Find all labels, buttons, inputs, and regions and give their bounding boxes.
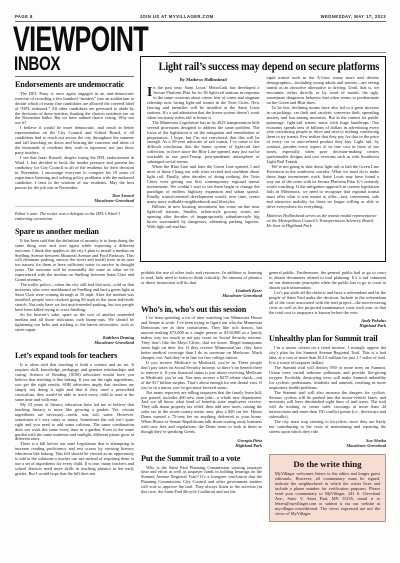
write-box-title: Do the write thing: [275, 459, 380, 469]
inbox-rule: [15, 76, 134, 77]
letter-summit-vote-title: Put the Summit trail to a vote: [141, 454, 262, 463]
letter-paragraph: I believe it would be more democratic, a…: [15, 126, 134, 156]
letter-paragraph: The city must stop catering to bicyclist…: [269, 420, 386, 435]
divider: [15, 206, 134, 207]
issue-date: WEDNESDAY, MAY 17, 2023: [321, 14, 386, 19]
feature-paragraph: Billions in new housing investment has c…: [147, 205, 260, 230]
feature-paragraph: We’re not going to shut down light rail …: [267, 165, 380, 210]
middle-column: prohibit the use of other tools and reso…: [141, 271, 262, 495]
inbox-heading: INBOX: [14, 55, 60, 74]
signature-block: Kathleen Deming Macalester-Groveland: [15, 335, 134, 345]
letter-paragraph: Not many reporters are telling taxpayers…: [141, 391, 262, 436]
letter-paragraph: If you receive Medicare or Medicaid, you…: [141, 361, 262, 391]
feature-paragraph: To be fair, declining norms have also le…: [267, 106, 380, 165]
feature-column-1: By Mathews Hollinshead In the past year,…: [147, 76, 260, 230]
letter-paragraph: general public. Furthermore, the general…: [269, 271, 386, 291]
editors-note: Editor’s note: The writer was a delegate…: [15, 211, 134, 221]
viewpoint-masthead: VIEWPOINT: [13, 22, 148, 57]
signature-block: Andy Pakalns Highland Park: [269, 318, 386, 328]
signature-neighborhood: Macalester-Groveland: [15, 198, 134, 203]
site-url: JOIN US AT MYVILLAGER.COM: [140, 14, 214, 19]
folio-bar: PAGE 8 JOIN US AT MYVILLAGER.COM WEDNESD…: [15, 14, 386, 19]
feature-columns: By Mathews Hollinshead In the past year,…: [147, 76, 379, 230]
signature-neighborhood: Macalester-Groveland: [269, 443, 386, 448]
letter-paragraph: It is often said that teaching is both a…: [15, 363, 134, 403]
letter-paragraph: The Summit trail will destroy 950 or mor…: [269, 366, 386, 391]
letter-paragraph: I’m a senior citizen on a fixed income. …: [269, 346, 386, 366]
letter-paragraph: prohibit the use of other tools and reso…: [141, 271, 262, 286]
letter-paragraph: So for heaven’s sake, spare us the cost …: [15, 313, 134, 333]
signature-block: Lisabeth Kyser Macalester-Groveland: [141, 288, 262, 298]
letter-median-title: Spare us another median: [15, 227, 134, 236]
right-column: general public. Furthermore, the general…: [269, 271, 386, 522]
letter-paragraph: My 23 years of literacy education have l…: [15, 403, 134, 443]
letter-paragraph: Why is the Saint Paul Planning Commissio…: [141, 466, 262, 496]
letter-paragraph: I see that Isaac Russell, despite losing…: [15, 156, 134, 191]
feature-byline: By Mathews Hollinshead: [147, 77, 260, 83]
feature-paragraph: When the Blue Line and later the Green L…: [147, 165, 260, 205]
write-box-body: MyVillager welcomes letters to the edito…: [275, 471, 380, 516]
feature-paragraph: The Minnesota Legislature has in its 202…: [147, 121, 260, 166]
letter-paragraph: The traffic police—when the city still h…: [15, 283, 134, 313]
write-box: Do the write thing MyVillager welcomes l…: [269, 454, 386, 522]
signature-neighborhood: Macalester-Groveland: [15, 340, 134, 345]
signature-neighborhood: Macalester-Groveland: [141, 293, 262, 298]
feature-column-2: rapid transit such as the A-Line, many m…: [267, 76, 380, 230]
signature-neighborhood: Highland Park: [141, 443, 262, 448]
letter-teachers-title: Let’s expand tools for teachers: [15, 351, 134, 360]
signature-block: Georgia Dietz Highland Park: [141, 438, 262, 448]
feature-author-bio: Mathews Hollinshead serves as the transi…: [267, 213, 380, 228]
letter-paragraph: The Summit trail will also increase the …: [269, 391, 386, 421]
newspaper-page: PAGE 8 JOIN US AT MYVILLAGER.COM WEDNESD…: [0, 0, 400, 563]
masthead-rule: [169, 52, 386, 53]
feature-paragraph: In the past year, Saint Louis’ MetroLink…: [147, 86, 260, 121]
letter-paragraph: The DFL Party is once again engaged in a…: [15, 92, 134, 127]
letter-paragraph: Let’s put aside all the rhetoric and hav…: [269, 291, 386, 316]
feature-headline: Light rail’s success may depend on secur…: [159, 61, 368, 74]
feature-article-box: Light rail’s success may depend on secur…: [140, 56, 386, 262]
letter-summit-unhealthy-title: Unhealthy plan for Summit trail: [269, 334, 386, 343]
page-number: PAGE 8: [15, 14, 33, 19]
feature-paragraph: rapid transit such as the A-Line, many m…: [267, 76, 380, 106]
letter-paragraph: I’ve been spending a lot of time watchin…: [141, 316, 262, 361]
letter-endorsements-title: Endorsements are undemocratic: [15, 80, 134, 89]
letter-paragraph: It has been said that the definition of …: [15, 239, 134, 284]
signature-block: Sue Shetka Macalester-Groveland: [269, 438, 386, 448]
left-column: Endorsements are undemocratic The DFL Pa…: [15, 80, 134, 477]
letter-paragraph: There is a bill before our state Legisla…: [15, 442, 134, 477]
letter-session-title: Who’s in, who’s out this session: [141, 305, 262, 314]
signature-neighborhood: Highland Park: [269, 323, 386, 328]
signature-block: Don Arnosti Macalester-Groveland: [15, 193, 134, 203]
feature-paragraph-text: n the past year, Saint Louis’ MetroLink …: [147, 85, 260, 120]
